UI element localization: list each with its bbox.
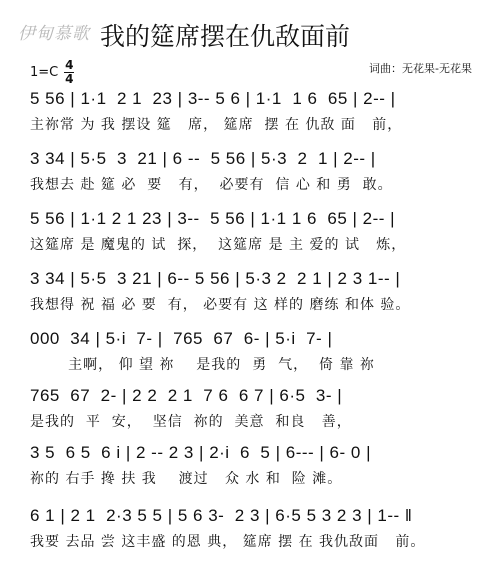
- song-title: 我的筵席摆在仇敌面前: [100, 17, 350, 53]
- lyrics-line: 我要 去品 尝 这丰盛 的恩 典， 筵席 摆 在 我仇敌面 前。: [30, 532, 480, 552]
- lyrics-line: 是我的 平 安， 坚信 祢的 美意 和良 善，: [30, 412, 480, 432]
- score-row-6: 765 67 2- | 2 2 2 1 7 6 6 7 | 6·5 3- | 是…: [30, 385, 480, 432]
- key-label: 1=C: [30, 65, 58, 80]
- score-row-3: 5 56 | 1·1 2 1 23 | 3-- 5 56 | 1·1 1 6 6…: [30, 208, 480, 255]
- notation-line: 000 34 | 5·i 7- | 765 67 6- | 5·i 7- |: [30, 328, 480, 350]
- notation-line: 5 56 | 1·1 2 1 23 | 3-- 5 6 | 1·1 1 6 65…: [30, 88, 480, 110]
- score-row-1: 5 56 | 1·1 2 1 23 | 3-- 5 6 | 1·1 1 6 65…: [30, 88, 480, 135]
- score-row-7: 3 5 6 5 6 i | 2 -- 2 3 | 2·i 6 5 | 6--- …: [30, 442, 480, 489]
- lyrics-line: 主啊， 仰 望 祢 是我的 勇 气， 倚 靠 祢: [30, 355, 480, 375]
- score-row-4: 3 34 | 5·5 3 21 | 6-- 5 56 | 5·3 2 2 1 |…: [30, 268, 480, 315]
- score-row-8: 6 1 | 2 1 2·3 5 5 | 5 6 3- 2 3 | 6·5 5 3…: [30, 505, 480, 552]
- notation-line: 3 34 | 5·5 3 21 | 6 -- 5 56 | 5·3 2 1 | …: [30, 148, 480, 170]
- time-numerator: 4: [65, 60, 73, 71]
- lyrics-line: 主祢常 为 我 摆设 筵 席， 筵席 摆 在 仇敌 面 前，: [30, 115, 480, 135]
- notation-line: 3 5 6 5 6 i | 2 -- 2 3 | 2·i 6 5 | 6--- …: [30, 442, 480, 464]
- notation-line: 765 67 2- | 2 2 2 1 7 6 6 7 | 6·5 3- |: [30, 385, 480, 407]
- composer-credit: 词曲：无花果-无花果: [369, 60, 472, 76]
- watermark-logo: 伊甸慕歌: [18, 19, 90, 44]
- notation-line: 5 56 | 1·1 2 1 23 | 3-- 5 56 | 1·1 1 6 6…: [30, 208, 480, 230]
- notation-line: 6 1 | 2 1 2·3 5 5 | 5 6 3- 2 3 | 6·5 5 3…: [30, 505, 480, 527]
- time-signature: 4 4: [64, 60, 74, 85]
- time-denominator: 4: [65, 74, 73, 85]
- lyrics-line: 我想得 祝 福 必 要 有， 必要有 这 样的 磨练 和体 验。: [30, 295, 480, 315]
- lyrics-line: 这筵席 是 魔鬼的 试 探， 这筵席 是 主 爱的 试 炼，: [30, 235, 480, 255]
- key-signature: 1=C 4 4: [30, 60, 74, 85]
- lyrics-line: 祢的 右手 搀 扶 我 渡过 众 水 和 险 滩。: [30, 469, 480, 489]
- lyrics-line: 我想去 赴 筵 必 要 有， 必要有 信 心 和 勇 敢。: [30, 175, 480, 195]
- score-row-2: 3 34 | 5·5 3 21 | 6 -- 5 56 | 5·3 2 1 | …: [30, 148, 480, 195]
- notation-line: 3 34 | 5·5 3 21 | 6-- 5 56 | 5·3 2 2 1 |…: [30, 268, 480, 290]
- score-row-5: 000 34 | 5·i 7- | 765 67 6- | 5·i 7- | 主…: [30, 328, 480, 375]
